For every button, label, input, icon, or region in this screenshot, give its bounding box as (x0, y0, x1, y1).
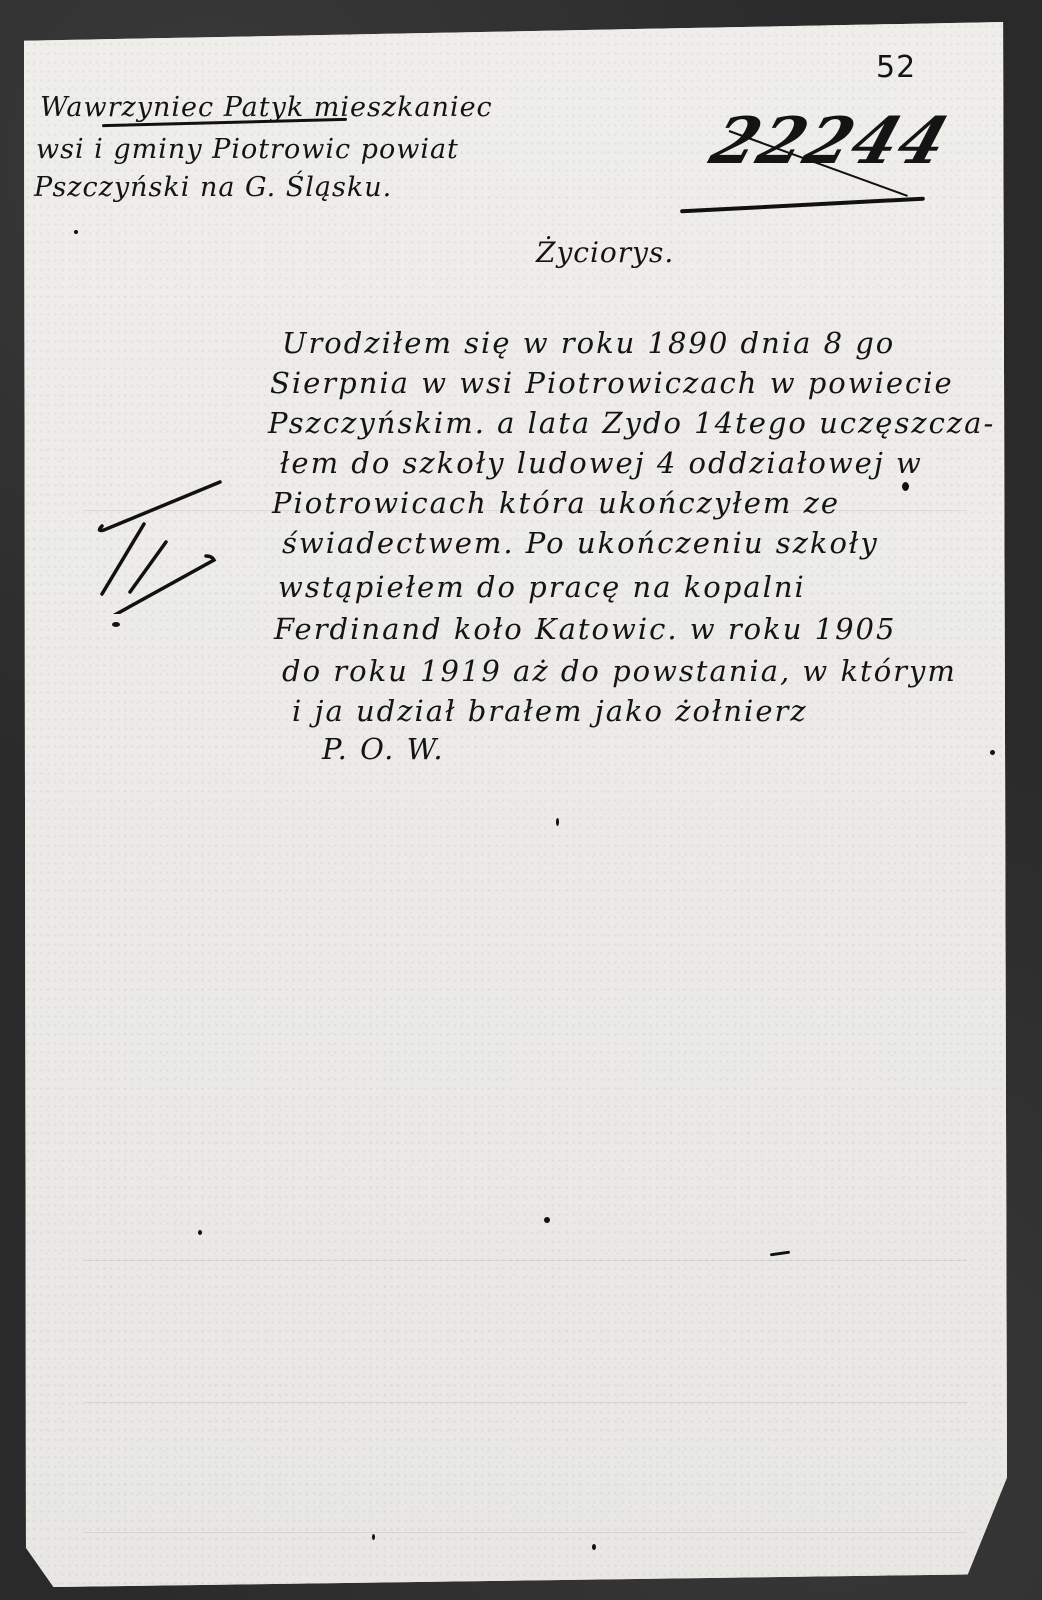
margin-tally-mark-icon (94, 474, 224, 614)
ink-speck (198, 1230, 202, 1235)
body-line: wstąpiełem do pracę na kopalni (278, 570, 806, 604)
ink-speck (556, 818, 559, 826)
folio-number: 52 (876, 50, 916, 85)
reference-underline (680, 197, 925, 214)
body-line: świadectwem. Po ukończeniu szkoły (282, 526, 879, 560)
document-page: 52 22244 Wawrzyniec Patyk mieszkaniec ws… (24, 22, 1007, 1587)
body-line: Pszczyńskim. a lata Zydo 14tego uczęszcz… (268, 406, 995, 440)
ruled-line (84, 1402, 967, 1403)
body-line: Sierpnia w wsi Piotrowiczach w powiecie (270, 366, 954, 400)
ink-speck (990, 750, 995, 755)
ruled-line (84, 1260, 967, 1261)
ink-speck (544, 1217, 550, 1223)
body-line: łem do szkoły ludowej 4 oddziałowej w (280, 446, 923, 480)
ink-speck (372, 1534, 375, 1540)
ink-speck (112, 622, 120, 627)
body-line: Piotrowicach która ukończyłem ze (272, 486, 840, 520)
body-line: do roku 1919 aż do powstania, w którym (282, 654, 957, 688)
header-line-2: wsi i gminy Piotrowic powiat (36, 134, 459, 165)
ruled-line (84, 1532, 967, 1533)
header-line-3: Pszczyński na G. Śląsku. (34, 172, 392, 203)
ink-speck (74, 230, 78, 234)
ink-speck (902, 482, 909, 491)
document-title: Życiorys. (536, 236, 674, 269)
body-line: i ja udział brałem jako żołnierz (292, 694, 808, 728)
body-line: Urodziłem się w roku 1890 dnia 8 go (282, 326, 895, 360)
body-line: P. O. W. (322, 732, 445, 766)
ink-speck (592, 1544, 596, 1550)
header-line-1: Wawrzyniec Patyk mieszkaniec (40, 92, 493, 123)
body-line: Ferdinand koło Katowic. w roku 1905 (274, 612, 896, 646)
ink-speck (770, 1251, 790, 1257)
